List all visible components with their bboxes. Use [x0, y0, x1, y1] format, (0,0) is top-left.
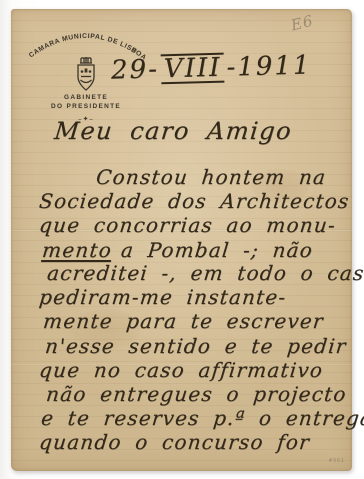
letter-body: Constou hontem na Sociedade dos Architec… — [38, 165, 348, 262]
coat-of-arms-icon — [71, 55, 101, 93]
date-month-roman: VIII — [161, 53, 225, 85]
body-line: não entregues o projecto — [45, 382, 364, 406]
body-line-rest: a Pombal -; não — [120, 238, 315, 262]
date-year: 1911 — [237, 50, 312, 82]
body-line: mentoa Pombal -; não — [41, 238, 351, 262]
body-line: que no caso affirmativo — [38, 358, 364, 382]
handwritten-date: 29-VIII-1911 — [111, 50, 312, 85]
letter-paper: CAMARA MUNICIPAL DE LISBOA GABINETE DO P… — [11, 9, 352, 471]
body-line: Sociedade dos Architectos — [38, 189, 351, 213]
pencil-annotation: E6 — [289, 12, 315, 35]
catalog-mark: #961 — [329, 458, 345, 464]
office-name-line1: GABINETE — [23, 93, 149, 102]
body-line: e te reserves p.ª o entregar — [40, 406, 364, 430]
body-line: quando o concurso for — [38, 430, 364, 454]
body-line: n'esse sentido e te pedir — [44, 334, 364, 358]
underlined-word: mento — [41, 238, 113, 262]
date-day: 29 — [111, 55, 149, 86]
body-line: que concorrias ao monu- — [38, 213, 351, 237]
body-line: acreditei -, em todo o caso — [46, 261, 364, 285]
body-line: pediram-me instante- — [38, 285, 364, 309]
office-name-line2: DO PRESIDENTE — [23, 102, 149, 111]
body-line: mente para te escrever — [42, 309, 364, 333]
date-separator: - — [148, 54, 160, 84]
letter-body-continued: acreditei -, em todo o caso pediram-me i… — [38, 261, 364, 455]
body-line: Constou hontem na — [95, 165, 351, 189]
salutation: Meu caro Amigo — [53, 117, 294, 145]
